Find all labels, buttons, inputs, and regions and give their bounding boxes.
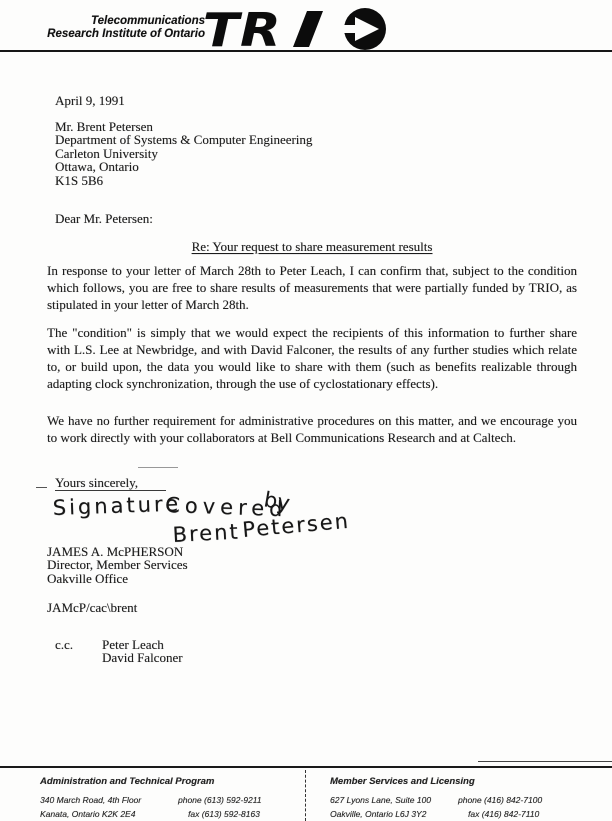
scanned-letter-page: Telecommunications Research Institute of…	[0, 0, 612, 821]
footer-admin-fax: fax (613) 592-8163	[178, 807, 260, 821]
salutation: Dear Mr. Petersen:	[55, 211, 153, 227]
scan-artifact	[138, 467, 178, 468]
paragraph-1: In response to your letter of March 28th…	[47, 262, 577, 313]
handwriting-word-signature: Signature	[52, 492, 181, 520]
footer-admin-row-1: 340 March Road, 4th Floor phone (613) 59…	[40, 793, 295, 807]
signer-name: JAMES A. McPHERSON	[47, 545, 188, 558]
cc-name: Peter Leach	[102, 638, 183, 651]
footer-admin-address-2: Kanata, Ontario K2K 2E4	[40, 807, 178, 821]
trio-logo-i-slash	[293, 11, 323, 47]
footer-member-column: Member Services and Licensing 627 Lyons …	[330, 775, 600, 821]
trio-logo-arrow-shaft	[331, 25, 359, 33]
footer-member-phone: phone (416) 842-7100	[458, 793, 542, 807]
footer-admin-phone: phone (613) 592-9211	[178, 793, 262, 807]
cc-block: c.c. Peter Leach David Falconer	[55, 638, 183, 665]
org-name: Telecommunications Research Institute of…	[35, 15, 205, 41]
recipient-address: Mr. Brent Petersen Department of Systems…	[55, 120, 312, 187]
signer-office: Oakville Office	[47, 572, 188, 585]
trio-logo-tr-text: TR	[205, 6, 282, 52]
footer-admin-address-1: 340 March Road, 4th Floor	[40, 793, 178, 807]
footer-member-fax: fax (416) 842-7110	[458, 807, 539, 821]
org-name-line2: Research Institute of Ontario	[35, 28, 205, 41]
letter-date: April 9, 1991	[55, 93, 125, 109]
handwriting-word-by: by	[262, 487, 292, 515]
footer-admin-row-2: Kanata, Ontario K2K 2E4 fax (613) 592-81…	[40, 807, 295, 821]
footer-member-row-1: 627 Lyons Lane, Suite 100 phone (416) 84…	[330, 793, 600, 807]
handwriting-word-brent: Brent	[172, 520, 240, 547]
reference-initials: JAMcP/cac\brent	[47, 600, 137, 616]
paragraph-2: The "condition" is simply that we would …	[47, 324, 577, 392]
subject-line: Re: Your request to share measurement re…	[47, 239, 577, 255]
footer-member-address-1: 627 Lyons Lane, Suite 100	[330, 793, 458, 807]
footer-rule-artifact	[478, 761, 612, 762]
signer-title: Director, Member Services	[47, 558, 188, 571]
recipient-name: Mr. Brent Petersen	[55, 120, 312, 133]
recipient-postal-code: K1S 5B6	[55, 174, 312, 187]
cc-names: Peter Leach David Falconer	[102, 638, 183, 665]
footer-member-row-2: Oakville, Ontario L6J 3Y2 fax (416) 842-…	[330, 807, 600, 821]
footer-member-title: Member Services and Licensing	[330, 775, 600, 789]
cc-name: David Falconer	[102, 651, 183, 664]
footer-admin-title: Administration and Technical Program	[40, 775, 295, 789]
cc-label: c.c.	[55, 638, 73, 665]
footer-rule	[0, 766, 612, 768]
org-name-line1: Telecommunications	[35, 15, 205, 28]
signature-block: JAMES A. McPHERSON Director, Member Serv…	[47, 545, 188, 585]
recipient-university: Carleton University	[55, 147, 312, 160]
footer-column-divider	[305, 770, 306, 821]
trio-logo: TR	[205, 6, 400, 52]
recipient-department: Department of Systems & Computer Enginee…	[55, 133, 312, 146]
recipient-city: Ottawa, Ontario	[55, 160, 312, 173]
header-rule	[0, 50, 612, 52]
footer-member-address-2: Oakville, Ontario L6J 3Y2	[330, 807, 458, 821]
paragraph-3: We have no further requirement for admin…	[47, 412, 577, 446]
footer-admin-column: Administration and Technical Program 340…	[40, 775, 295, 821]
